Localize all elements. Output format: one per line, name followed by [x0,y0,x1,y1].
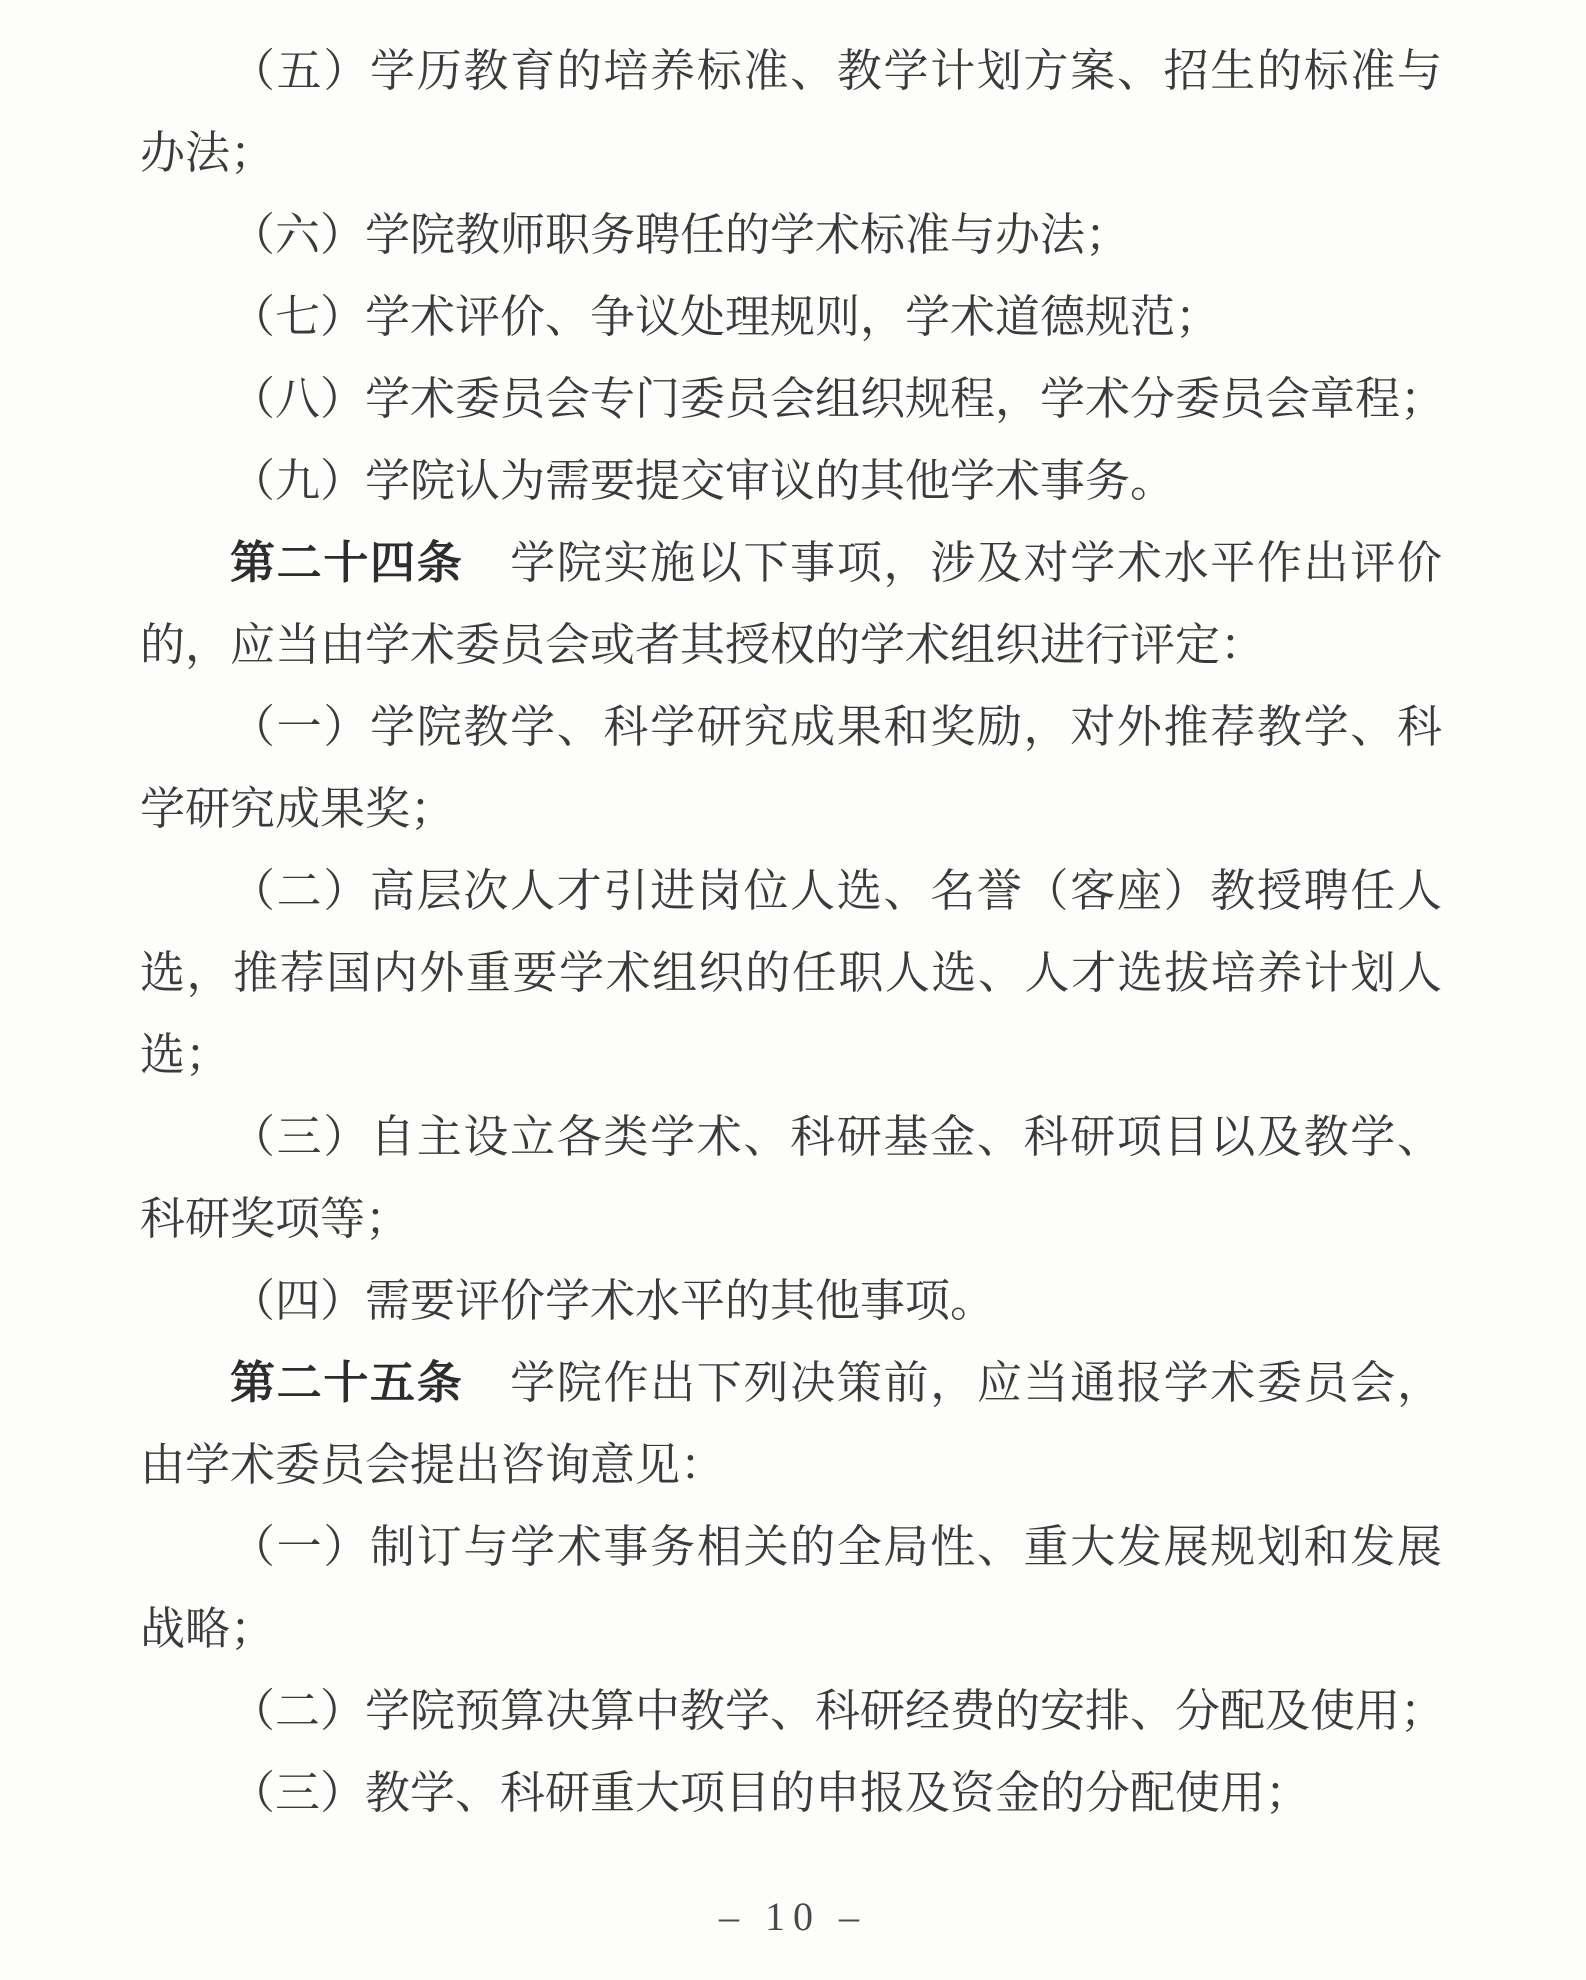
text-segment: 选； [140,1030,230,1080]
text-segment: （一）学院教学、科学研究成果和奖励，对外推荐教学、科 [230,702,1442,752]
document-page: （五）学历教育的培养标准、教学计划方案、招生的标准与办法；（六）学院教师职务聘任… [0,0,1586,1980]
text-line: （一）制订与学术事务相关的全局性、重大发展规划和发展 [140,1506,1442,1588]
text-line: 办法； [140,112,1442,194]
text-line: （六）学院教师职务聘任的学术标准与办法； [140,194,1442,276]
paragraph: （三）教学、科研重大项目的申报及资金的分配使用； [140,1752,1442,1834]
text-segment: 科研奖项等； [140,1194,410,1244]
article-number: 第二十四条 [230,538,463,588]
text-line: （三）自主设立各类学术、科研基金、科研项目以及教学、 [140,1096,1442,1178]
paragraph: （一）学院教学、科学研究成果和奖励，对外推荐教学、科学研究成果奖； [140,686,1442,850]
paragraph: （八）学术委员会专门委员会组织规程，学术分委员会章程； [140,358,1442,440]
text-segment: （三）教学、科研重大项目的申报及资金的分配使用； [230,1768,1310,1818]
text-line: （二）高层次人才引进岗位人选、名誉（客座）教授聘任人 [140,850,1442,932]
text-segment: （八）学术委员会专门委员会组织规程，学术分委员会章程； [230,374,1445,424]
text-line: 学研究成果奖； [140,768,1442,850]
article-number: 第二十五条 [230,1358,463,1408]
text-segment: （四）需要评价学术水平的其他事项。 [230,1276,995,1326]
text-line: （二）学院预算决算中教学、科研经费的安排、分配及使用； [140,1670,1442,1752]
paragraph: 第二十五条 学院作出下列决策前，应当通报学术委员会，由学术委员会提出咨询意见： [140,1342,1442,1506]
text-line: （五）学历教育的培养标准、教学计划方案、招生的标准与 [140,30,1442,112]
text-line: （四）需要评价学术水平的其他事项。 [140,1260,1442,1342]
paragraph: （五）学历教育的培养标准、教学计划方案、招生的标准与办法； [140,30,1442,194]
text-segment: （三）自主设立各类学术、科研基金、科研项目以及教学、 [230,1112,1442,1162]
text-line: 选，推荐国内外重要学术组织的任职人选、人才选拔培养计划人 [140,932,1442,1014]
paragraph: （七）学术评价、争议处理规则，学术道德规范； [140,276,1442,358]
text-line: （一）学院教学、科学研究成果和奖励，对外推荐教学、科 [140,686,1442,768]
paragraph: （四）需要评价学术水平的其他事项。 [140,1260,1442,1342]
text-segment: 由学术委员会提出咨询意见： [140,1440,725,1490]
text-line: 战略； [140,1588,1442,1670]
paragraph: （九）学院认为需要提交审议的其他学术事务。 [140,440,1442,522]
text-line: 选； [140,1014,1442,1096]
page-number: – 10 – [719,1894,867,1939]
text-line: 由学术委员会提出咨询意见： [140,1424,1442,1506]
text-segment: 战略； [140,1604,275,1654]
text-segment: 学院作出下列决策前，应当通报学术委员会， [463,1358,1442,1408]
text-segment: 学研究成果奖； [140,784,455,834]
text-segment: （九）学院认为需要提交审议的其他学术事务。 [230,456,1175,506]
text-segment: （六）学院教师职务聘任的学术标准与办法； [230,210,1130,260]
text-segment: 选，推荐国内外重要学术组织的任职人选、人才选拔培养计划人 [140,948,1442,998]
text-segment: （七）学术评价、争议处理规则，学术道德规范； [230,292,1220,342]
paragraph: （二）高层次人才引进岗位人选、名誉（客座）教授聘任人选，推荐国内外重要学术组织的… [140,850,1442,1096]
document-text-body: （五）学历教育的培养标准、教学计划方案、招生的标准与办法；（六）学院教师职务聘任… [140,30,1442,1834]
text-line: 科研奖项等； [140,1178,1442,1260]
text-line: 的，应当由学术委员会或者其授权的学术组织进行评定： [140,604,1442,686]
text-segment: 的，应当由学术委员会或者其授权的学术组织进行评定： [140,620,1265,670]
text-segment: （一）制订与学术事务相关的全局性、重大发展规划和发展 [230,1522,1442,1572]
paragraph: （一）制订与学术事务相关的全局性、重大发展规划和发展战略； [140,1506,1442,1670]
text-line: （七）学术评价、争议处理规则，学术道德规范； [140,276,1442,358]
text-line: 第二十四条 学院实施以下事项，涉及对学术水平作出评价 [140,522,1442,604]
text-segment: （二）学院预算决算中教学、科研经费的安排、分配及使用； [230,1686,1445,1736]
text-segment: 学院实施以下事项，涉及对学术水平作出评价 [463,538,1442,588]
page-footer: – 10 – [0,1893,1586,1940]
text-segment: 办法； [140,128,275,178]
text-segment: （五）学历教育的培养标准、教学计划方案、招生的标准与 [230,46,1442,96]
text-line: （九）学院认为需要提交审议的其他学术事务。 [140,440,1442,522]
text-line: （三）教学、科研重大项目的申报及资金的分配使用； [140,1752,1442,1834]
paragraph: （二）学院预算决算中教学、科研经费的安排、分配及使用； [140,1670,1442,1752]
paragraph: 第二十四条 学院实施以下事项，涉及对学术水平作出评价的，应当由学术委员会或者其授… [140,522,1442,686]
text-segment: （二）高层次人才引进岗位人选、名誉（客座）教授聘任人 [230,866,1442,916]
text-line: （八）学术委员会专门委员会组织规程，学术分委员会章程； [140,358,1442,440]
paragraph: （三）自主设立各类学术、科研基金、科研项目以及教学、科研奖项等； [140,1096,1442,1260]
text-line: 第二十五条 学院作出下列决策前，应当通报学术委员会， [140,1342,1442,1424]
paragraph: （六）学院教师职务聘任的学术标准与办法； [140,194,1442,276]
